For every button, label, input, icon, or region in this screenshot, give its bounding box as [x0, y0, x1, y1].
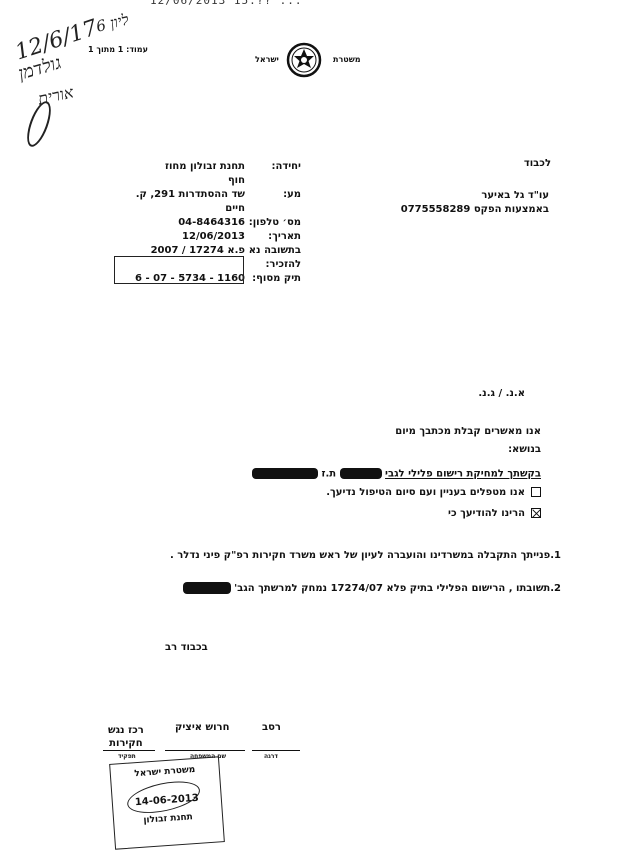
signature-divider — [252, 750, 300, 751]
confirm-line: אנו מאשרים קבלת מכתבך מיום — [395, 426, 541, 437]
meta-value-date: 12/06/2013 — [105, 230, 245, 244]
checkbox-checked-icon — [531, 508, 541, 518]
signature-name: חרוש איציק — [175, 722, 229, 733]
body-item-1: 1.פנייתך התקבלה במשרדינו והועברה לעיון ש… — [170, 550, 561, 561]
option-label: הרינו להודיעך כי — [448, 508, 525, 519]
handwritten-note-1: ליון 6 — [94, 10, 131, 36]
closing: בכבוד רב — [165, 642, 208, 653]
page-indicator: עמוד: 1 מתוך 1 — [88, 45, 148, 54]
option-row: הרינו להודיעך כי — [448, 508, 541, 519]
subject-line: בקשתך למחיקת רישום פלילי לגבי ת.ז — [252, 468, 541, 480]
id-label: ת.ז — [321, 469, 336, 480]
org-name-left: ישראל — [255, 55, 279, 64]
recipient-name: עו"ד גל באיער — [481, 190, 549, 201]
option-row: אנו מטפלים בעניין ועם סיום הטיפול נדיעך. — [326, 487, 541, 498]
meta-value-unit: תחנת זבולון מחוז — [105, 160, 245, 174]
greeting: א.נ. / ג.נ. — [478, 388, 525, 399]
signature-role: רכז נגש חקירות — [108, 724, 144, 750]
recipient-salutation: לכבוד — [524, 158, 551, 169]
stamp-line3: תחנת זבולון — [114, 810, 222, 828]
meta-value-unit-cont: חוף — [105, 174, 245, 188]
redacted-name — [340, 468, 382, 479]
body-item-2: 2.תשובתו , הרישום הפלילי בתיק פלא 17274/… — [183, 582, 561, 594]
signature-role-line2: חקירות — [108, 737, 144, 750]
fax-header: 12/06/2013 15:?? ... — [150, 0, 302, 7]
redacted-recipient — [183, 582, 231, 594]
reference-box — [114, 256, 244, 284]
signature-role-line1: רכז נגש — [108, 724, 144, 737]
received-stamp: משטרת ישראל 14-06-2013 תחנת זבולון — [109, 756, 225, 849]
body-item-2-text: 2.תשובתו , הרישום הפלילי בתיק פלא 17274/… — [234, 583, 561, 594]
redacted-id — [252, 468, 318, 479]
checkbox-unchecked-icon — [531, 487, 541, 497]
meta-value-address-cont: חיים — [105, 202, 245, 216]
subject-text: בקשתך למחיקת רישום פלילי לגבי — [385, 469, 541, 480]
stamp-line1: משטרת ישראל — [111, 763, 219, 781]
handwritten-signature-loop — [22, 98, 55, 149]
option-label: אנו מטפלים בעניין ועם סיום הטיפול נדיעך. — [326, 487, 525, 498]
signature-divider — [165, 750, 245, 751]
signature-role-caption: תפקיד — [118, 753, 136, 760]
police-emblem-icon — [286, 42, 322, 78]
signature-rank: רסב — [262, 722, 281, 733]
meta-value-address: שד ההסתדרות 291, ק. — [105, 188, 245, 202]
signature-divider — [103, 750, 155, 751]
subject-label: בנושא: — [508, 444, 541, 455]
signature-rank-caption: דרגה — [264, 753, 278, 760]
org-name-right: משטרת — [333, 55, 361, 64]
recipient-fax: באמצעות הפקס 0775558289 — [401, 204, 549, 215]
meta-value-phone: 04-8464316 — [105, 216, 245, 230]
